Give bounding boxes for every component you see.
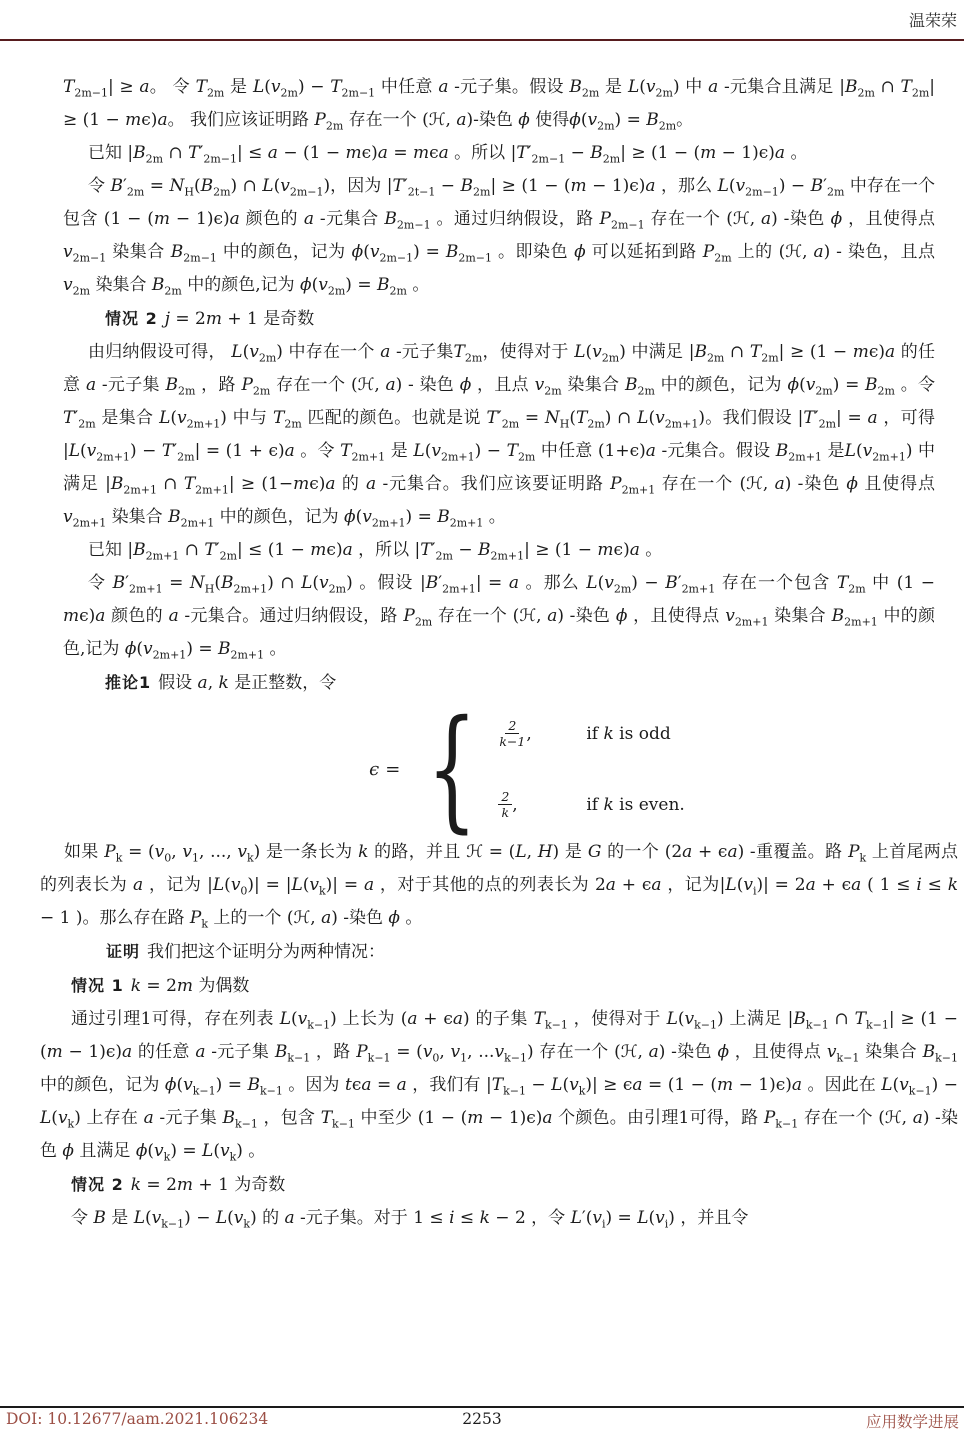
equation-case-odd: 2k−1, if k is odd [498,718,685,749]
case-heading-text: k = 2m 为偶数 [131,976,250,996]
equation-equals: = [385,759,400,780]
paper-page: 温荣荣 T2m−1| ≥ a。 令 T2m 是 L(v2m) − T2m−1 中… [0,0,964,1434]
condition-even: if k is even. [586,795,685,815]
case-heading-label: 情况 1 [71,976,124,995]
paragraph-case1-proof: 通过引理1可得，存在列表 L(vk−1) 上长为 (a + ϵa) 的子集 Tk… [40,1003,958,1168]
equation-cases: 2k−1, if k is odd 2k, if k is even. [498,718,685,820]
body-block-upper: T2m−1| ≥ a。 令 T2m 是 L(v2m) − T2m−1 中任意 a… [0,71,964,828]
equation-case-even: 2k, if k is even. [498,789,685,820]
footer-page-number: 2253 [0,1410,964,1428]
page-footer: DOI: 10.12677/aam.2021.106234 2253 应用数学进… [0,1410,964,1434]
paragraph-induction: 由归纳假设可得， L(v2m) 中存在一个 a -元子集T2m，使得对于 L(v… [63,336,935,534]
paragraph-case2-start: 令 B 是 L(vk−1) − L(vk) 的 a -元子集。对于 1 ≤ i … [40,1202,958,1235]
fraction-even: 2k [498,789,512,820]
header-rule [0,39,964,41]
paragraph-corollary-statement: 如果 Pk = (v0, v1, ..., vk) 是一条长为 k 的路，并且 … [40,836,958,935]
case-heading-2-odd-k: 情况 2k = 2m + 1 为奇数 [40,1168,958,1202]
paragraph-let-b2m1: 令 B′2m+1 = NH(B2m+1) ∩ L(v2m) 。假设 |B′2m+… [63,567,935,666]
paragraph-continuation: T2m−1| ≥ a。 令 T2m 是 L(v2m) − T2m−1 中任意 a… [63,71,935,137]
paragraph-let-b2m: 令 B′2m = NH(B2m) ∩ L(v2m−1)，因为 |T′2t−1 −… [63,170,935,302]
paragraph-known-2: 已知 |B2m+1 ∩ T′2m| ≤ (1 − mϵ)a ，所以 |T′2m … [63,534,935,567]
proof-text: 我们把这个证明分为两种情况： [147,942,385,962]
corollary-text: 假设 a, k 是正整数，令 [158,673,336,693]
case-heading-label: 情况 2 [105,309,158,328]
proof-heading: 证明我们把这个证明分为两种情况： [40,935,958,969]
proof-label: 证明 [106,942,140,961]
epsilon-cases-equation: ϵ = { 2k−1, if k is odd 2k, if k is even… [91,710,963,828]
header-author: 温荣荣 [909,8,957,31]
page-content: T2m−1| ≥ a。 令 T2m 是 L(v2m) − T2m−1 中任意 a… [0,71,964,1235]
corollary-heading: 推论1假设 a, k 是正整数，令 [63,666,935,700]
fraction-comma: , [512,795,517,815]
condition-odd: if k is odd [586,724,685,744]
case-heading-1-even-k: 情况 1k = 2m 为偶数 [40,969,958,1003]
corollary-label: 推论1 [105,673,151,692]
case-heading-2-odd-j: 情况 2j = 2m + 1 是奇数 [63,302,935,336]
fraction-comma: , [526,724,531,744]
case-heading-label: 情况 2 [71,1175,124,1194]
body-block-lower: 如果 Pk = (v0, v1, ..., vk) 是一条长为 k 的路，并且 … [0,836,964,1235]
case-heading-text: j = 2m + 1 是奇数 [165,309,315,329]
footer-rule [0,1406,964,1408]
footer-journal-name: 应用数学进展 [866,1410,959,1432]
paragraph-known-1: 已知 |B2m ∩ T′2m−1| ≤ a − (1 − mϵ)a = mϵa … [63,137,935,170]
fraction-odd: 2k−1 [498,718,526,749]
case-heading-text: k = 2m + 1 为奇数 [131,1175,286,1195]
left-curly-brace: { [427,710,477,828]
equation-lhs: ϵ [369,759,379,780]
